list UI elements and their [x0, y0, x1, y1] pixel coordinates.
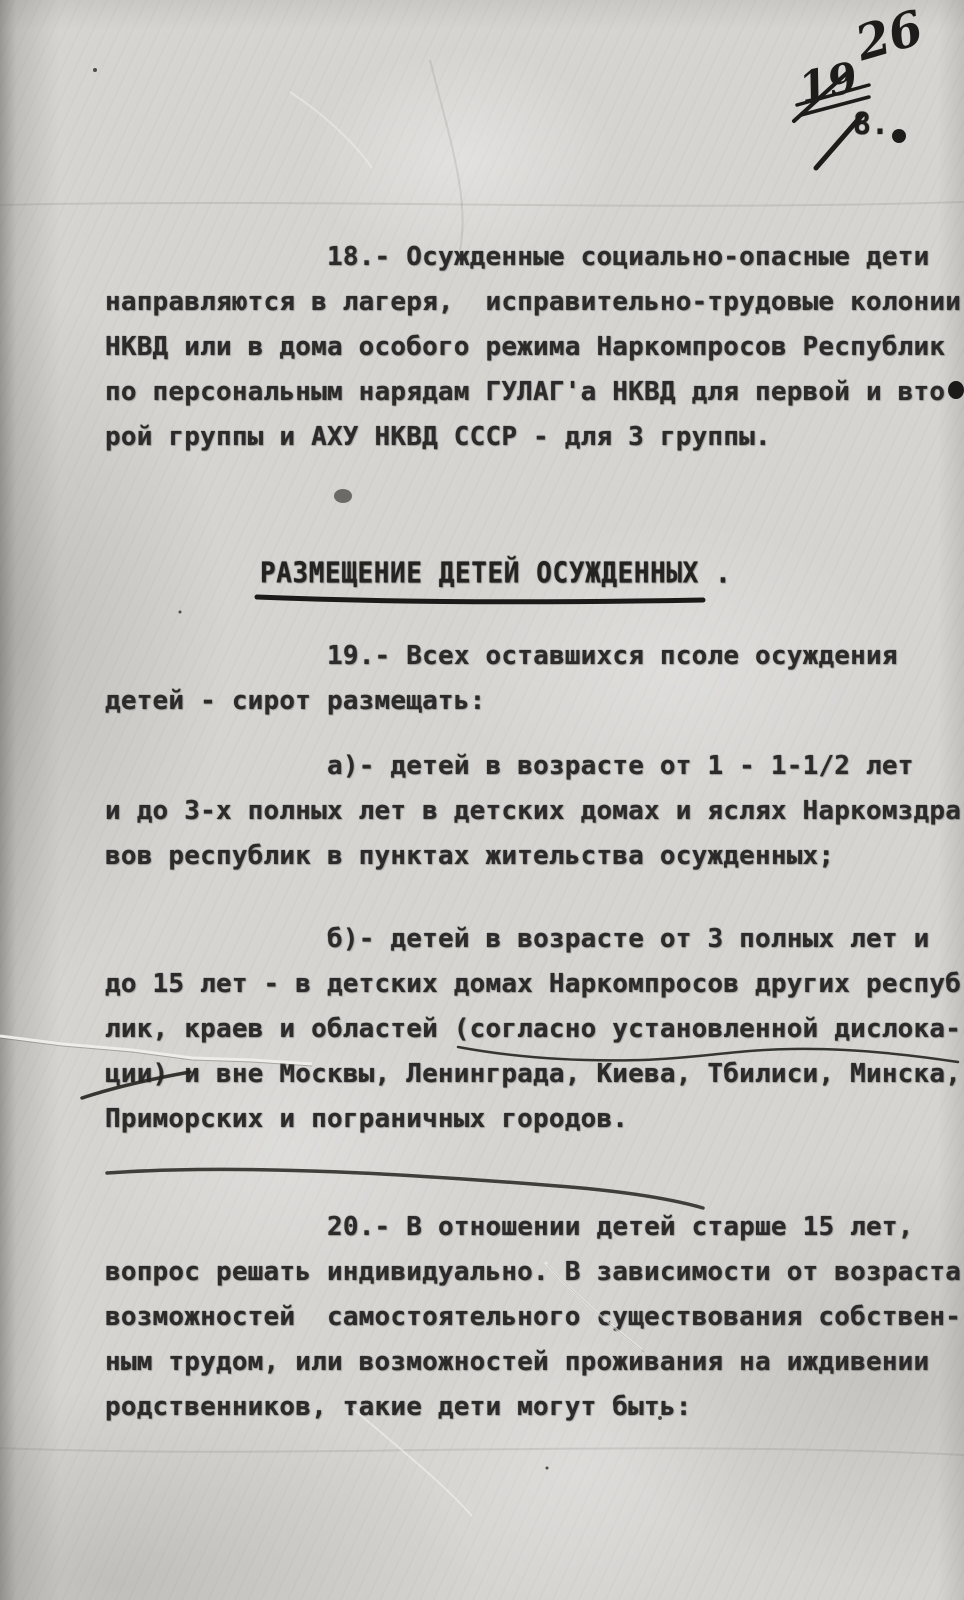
typed-line: лик, краев и областей (согласно установл… — [105, 1007, 964, 1052]
pen-divider-line — [107, 1169, 703, 1208]
paragraph-18: 18.- Осужденные социально-опасные дети н… — [105, 235, 964, 460]
ink-period — [892, 129, 906, 143]
typed-line: детей - сирот размещать: — [105, 679, 964, 724]
typed-line: и до 3-х полных лет в детских домах и яс… — [105, 789, 964, 834]
typed-line: 20.- В отношении детей старше 15 лет, — [105, 1205, 964, 1250]
typed-line: НКВД или в дома особого режима Наркомпро… — [105, 325, 964, 370]
item-a: а)- детей в возрасте от 1 - 1-1/2 лет и … — [105, 744, 964, 879]
typed-line: по персональным нарядам ГУЛАГ'а НКВД для… — [105, 370, 964, 415]
typed-line: а)- детей в возрасте от 1 - 1-1/2 лет — [105, 744, 964, 789]
typed-line: до 15 лет - в детских домах Наркомпросов… — [105, 962, 964, 1007]
typed-line: возможностей самостоятельного существова… — [105, 1295, 964, 1340]
ink-blot — [334, 489, 352, 503]
typed-line: родственников, такие дети могут быть: — [105, 1385, 964, 1430]
paragraph-19: 19.- Всех оставшихся псоле осуждения дет… — [105, 634, 964, 724]
handwritten-crossed-number: 19 — [795, 52, 862, 112]
document-page: 26 19 8. 18.- Осужденные социально-опасн… — [0, 0, 964, 1600]
typed-line: 18.- Осужденные социально-опасные дети — [105, 235, 964, 280]
typed-line: направляются в лагеря, исправительно-тру… — [105, 280, 964, 325]
typed-line: ции) и вне Москвы, Ленинграда, Киева, Тб… — [105, 1052, 964, 1097]
handwritten-corner-number: 26 — [850, 0, 930, 72]
typed-line: 19.- Всех оставшихся псоле осуждения — [105, 634, 964, 679]
typed-line: вопрос решать индивидуально. В зависимос… — [105, 1250, 964, 1295]
typed-line: б)- детей в возрасте от 3 полных лет и — [105, 917, 964, 962]
item-b: б)- детей в возрасте от 3 полных лет и д… — [105, 917, 964, 1142]
typed-line: вов республик в пунктах жительства осужд… — [105, 834, 964, 879]
typed-line: рой группы и АХУ НКВД СССР - для 3 групп… — [105, 415, 964, 460]
typed-page-number: 8. — [853, 108, 889, 142]
typed-line: Приморских и пограничных городов. — [105, 1097, 964, 1142]
section-heading: РАЗМЕЩЕНИЕ ДЕТЕЙ ОСУЖДЕННЫХ . — [260, 550, 731, 599]
paragraph-20: 20.- В отношении детей старше 15 лет, во… — [105, 1205, 964, 1430]
typed-line: ным трудом, или возможностей проживания … — [105, 1340, 964, 1385]
